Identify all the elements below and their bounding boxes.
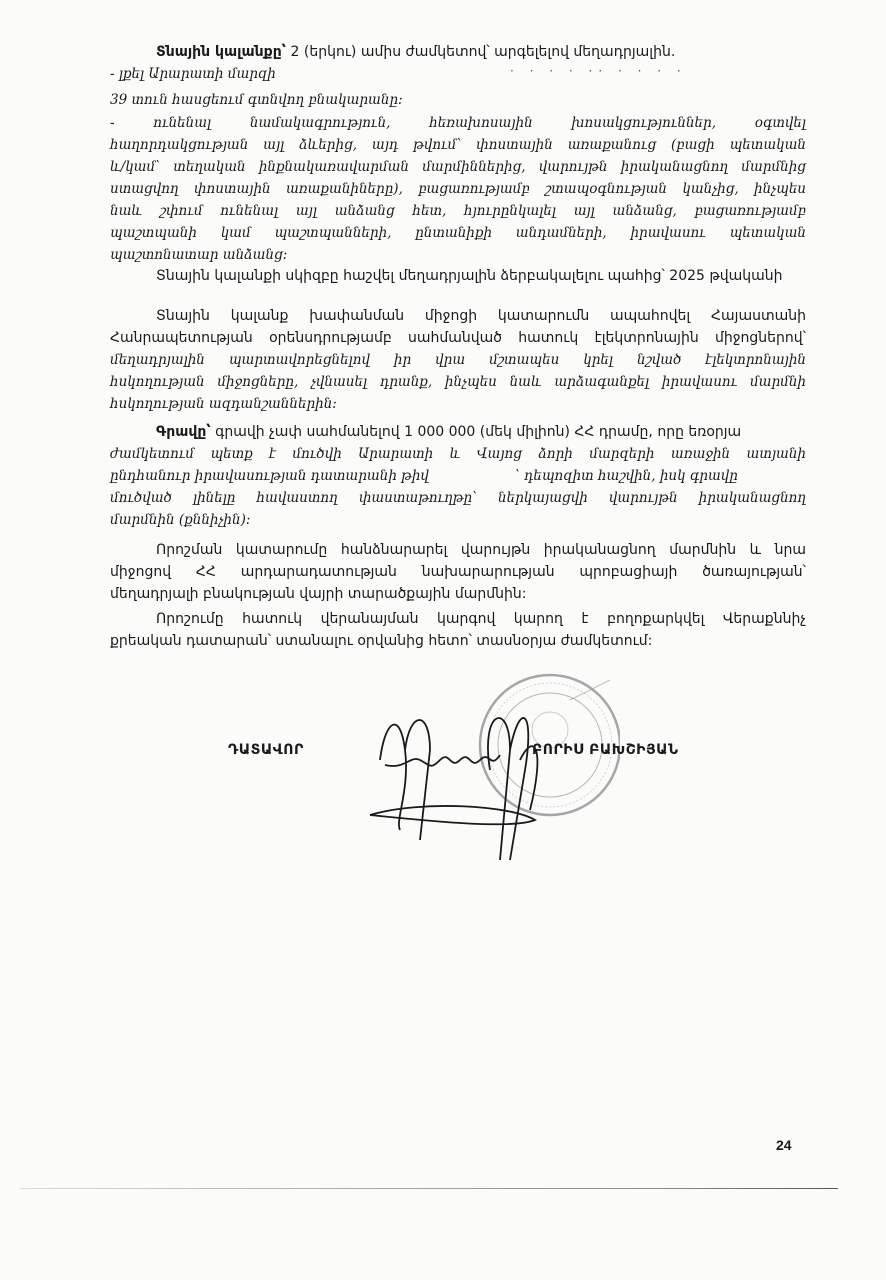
- paragraph-line: հսկողության միջոցները, չվնասել դրանք, ին…: [110, 372, 806, 392]
- paragraph-line: միջոցով ՀՀ արդարադատության նախարարության…: [110, 562, 806, 582]
- signature-icon: [360, 690, 560, 870]
- house-arrest-label: Տնային կալանքը՝: [156, 44, 286, 60]
- start-date-line: Տնային կալանքի սկիզբը հաշվել մեղադրյալին…: [110, 266, 806, 286]
- paragraph-line: մեղադրյալի բնակության վայրի տարածքային մ…: [110, 584, 806, 604]
- paragraph-line: - ունենալ նամակագրություն, հեռախոսային խ…: [110, 113, 806, 133]
- paragraph-line: ստացվող փոստային առաքանիները), բացառությ…: [110, 179, 806, 199]
- document-page: Տնային կալանքը՝ 2 (երկու) ամիս ժամկետով՝…: [0, 0, 886, 1280]
- judge-title: ԴԱՏԱՎՈՐ: [228, 742, 304, 758]
- paragraph-line: մուծված լինելը հավաստող փաստաթուղթը՝ ներ…: [110, 488, 806, 508]
- address-line: 39 տուն հասցեում գտնվող բնակարանը:: [110, 90, 806, 110]
- paragraph-line: մարմնին (քննիչին):: [110, 510, 806, 530]
- paragraph-line: քրեական դատարան՝ ստանալու օրվանից հետո՝ …: [110, 631, 806, 651]
- house-arrest-heading-line: Տնային կալանքը՝ 2 (երկու) ամիս ժամկետով՝…: [156, 42, 796, 62]
- paragraph-line: նաև շփում ունենալ այլ անձանց հետ, հյուրը…: [110, 201, 806, 221]
- page-number: 24: [776, 1137, 792, 1153]
- paragraph-line: Որոշումը հատուկ վերանայման կարգով կարող …: [110, 609, 806, 629]
- paragraph-line: Հանրապետության օրենսդրությամբ սահմանված …: [110, 328, 806, 348]
- paragraph-line: պաշտպանի կամ պաշտպանների, ընտանիքի անդամ…: [110, 223, 806, 243]
- bail-label: Գրավը՝: [156, 424, 211, 440]
- paragraph-line: Որոշման կատարումը հանձնարարել վարույթն ի…: [110, 540, 806, 560]
- paragraph-line: մեղադրյալին պարտավորեցնելով իր վրա մշտապ…: [110, 350, 806, 370]
- restriction-line: - լքել Արարատի մարզի: [110, 64, 806, 84]
- bail-line: Գրավը՝ գրավի չափ սահմանելով 1 000 000 (մ…: [110, 422, 806, 442]
- paragraph-line: ընդհանուր իրավասության դատարանի թիվ ՝ դե…: [110, 466, 806, 486]
- paragraph-line: Տնային կալանք խափանման միջոցի կատարումն …: [110, 306, 806, 326]
- paragraph-line: ժամկետում պետք է մուծվի Արարատի և Վայոց …: [110, 444, 806, 464]
- paragraph-line: հսկողության ազդանշաններին:: [110, 394, 806, 414]
- paragraph-line: և/կամ՝ տեղական ինքնակառավարման մարմիններ…: [110, 157, 806, 177]
- judge-name: ԲՈՐԻՍ ԲԱԽՇԻՅԱՆ: [532, 742, 679, 758]
- paragraph-line: հաղորդակցության այլ ձևերից, այդ թվում՝ փ…: [110, 135, 806, 155]
- paragraph-line: պաշտոնատար անձանց:: [110, 245, 806, 265]
- footer-divider: [20, 1188, 838, 1189]
